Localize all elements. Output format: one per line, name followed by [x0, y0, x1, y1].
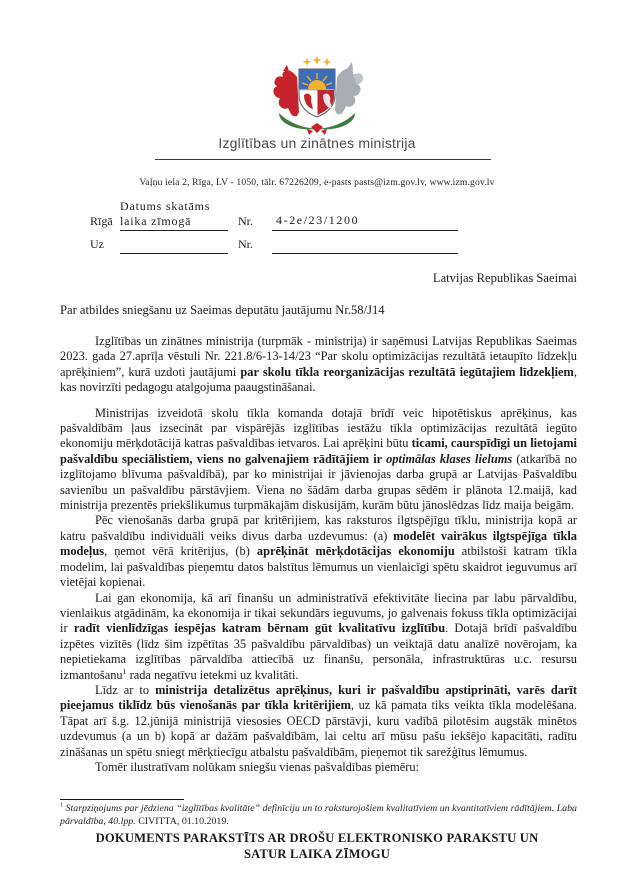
- footnote-divider: [60, 799, 184, 800]
- body-paragraph: Ministrijas izveidotā skolu tīkla komand…: [60, 406, 577, 514]
- place-label: Rīgā: [90, 214, 120, 231]
- document-number-field: 4-2e/23/1200: [272, 213, 458, 231]
- uz-blank-field: [120, 235, 228, 254]
- footnote-block: 1 Starpziņojums par jēdziena “izglītības…: [60, 799, 577, 828]
- body-paragraph: Pēc vienošanās darba grupā par kritēriji…: [60, 513, 577, 590]
- document-page: Izglītības un zinātnes ministrija Vaļņu …: [0, 0, 634, 896]
- uz-label: Uz: [90, 237, 120, 254]
- letter-body: Izglītības un zinātnes ministrija (turpm…: [60, 334, 577, 775]
- footnote-text: 1 Starpziņojums par jēdziena “izglītības…: [60, 803, 577, 828]
- arms-lion-supporter: [273, 65, 299, 116]
- reference-row-reply: Uz Nr.: [90, 235, 458, 254]
- arms-shield: [299, 69, 335, 117]
- subject-line: Par atbildes sniegšanu uz Saeimas deputā…: [60, 303, 577, 318]
- arms-griffin-supporter: [335, 62, 363, 114]
- body-paragraph: Līdz ar to ministrija detalizētus aprēķi…: [60, 683, 577, 760]
- ministry-name: Izglītības un zinātnes ministrija: [0, 135, 634, 151]
- nr-label-1: Nr.: [228, 214, 272, 231]
- electronic-signature-stamp: DOKUMENTS PARAKSTĪTS AR DROŠU ELEKTRONIS…: [77, 831, 557, 862]
- arms-stars: [303, 56, 332, 66]
- ministry-address-line: Vaļņu iela 2, Rīga, LV - 1050, tālr. 672…: [0, 177, 634, 188]
- body-paragraph: Lai gan ekonomija, kā arī finanšu un adm…: [60, 591, 577, 683]
- header-divider: [155, 159, 491, 160]
- addressee: Latvijas Republikas Saeimai: [60, 271, 577, 286]
- body-paragraph: Izglītības un zinātnes ministrija (turpm…: [60, 334, 577, 396]
- nr-blank-field: [272, 235, 458, 254]
- body-paragraph: Tomēr ilustratīvam nolūkam sniegšu viena…: [60, 760, 577, 775]
- reference-row-date: Rīgā Datums skatāms laika zīmogā Nr. 4-2…: [90, 199, 458, 231]
- reference-block: Rīgā Datums skatāms laika zīmogā Nr. 4-2…: [90, 199, 458, 254]
- nr-label-2: Nr.: [228, 237, 272, 254]
- date-note-field: Datums skatāms laika zīmogā: [120, 199, 228, 231]
- latvia-coat-of-arms-icon: [261, 55, 373, 135]
